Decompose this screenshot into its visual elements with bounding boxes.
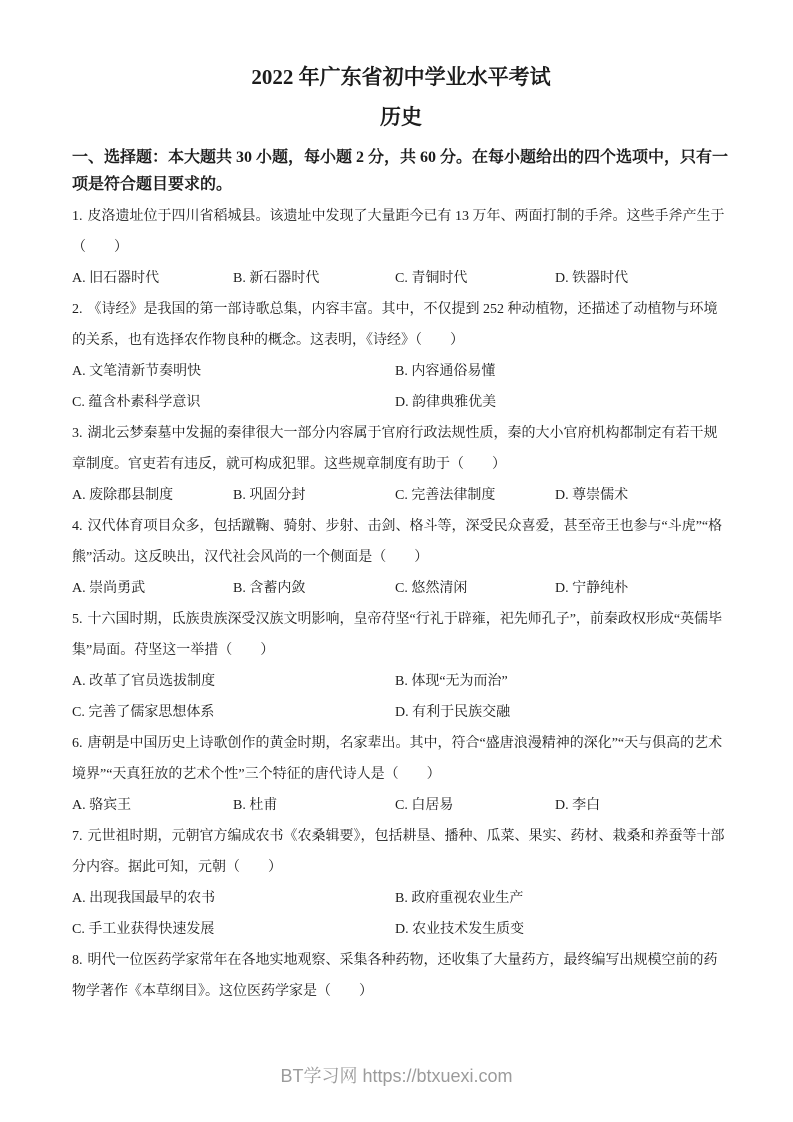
question-4-number: 4. [72,519,83,534]
question-2: 2.《诗经》是我国的第一部诗歌总集，内容丰富。其中，不仅提到 252 种动植物，… [72,294,730,418]
question-1-number: 1. [72,209,83,224]
page-title: 2022 年广东省初中学业水平考试 [72,64,730,91]
question-2-option-a: A. 文笔清新节奏明快 [72,356,395,387]
question-1-option-d: D. 铁器时代 [555,263,730,294]
question-1-option-a: A. 旧石器时代 [72,263,233,294]
question-3-option-b: B. 巩固分封 [233,480,395,511]
question-4: 4.汉代体育项目众多，包括蹴鞠、骑射、步射、击剑、格斗等，深受民众喜爱，甚至帝王… [72,511,730,604]
question-6-number: 6. [72,736,83,751]
question-4-option-b: B. 含蓄内敛 [233,573,395,604]
question-1: 1.皮洛遗址位于四川省稻城县。该遗址中发现了大量距今已有 13 万年、两面打制的… [72,201,730,294]
question-3-text: 湖北云梦秦墓中发掘的秦律很大一部分内容属于官府行政法规性质，秦的大小官府机构都制… [72,426,718,472]
question-5: 5.十六国时期，氐族贵族深受汉族文明影响，皇帝苻坚“行礼于辟雍，祀先师孔子”，前… [72,604,730,728]
question-3-option-a: A. 废除郡县制度 [72,480,233,511]
question-1-option-c: C. 青铜时代 [395,263,555,294]
question-8-number: 8. [72,953,83,968]
question-3-options: A. 废除郡县制度 B. 巩固分封 C. 完善法律制度 D. 尊崇儒术 [72,480,730,511]
subject-title: 历史 [72,104,730,131]
question-1-options: A. 旧石器时代 B. 新石器时代 C. 青铜时代 D. 铁器时代 [72,263,730,294]
question-1-option-b: B. 新石器时代 [233,263,395,294]
question-8-text: 明代一位医药学家常年在各地实地观察、采集各种药物，还收集了大量药方，最终编写出规… [72,953,718,999]
question-6-option-b: B. 杜甫 [233,790,395,821]
question-2-option-b: B. 内容通俗易懂 [395,356,730,387]
question-2-number: 2. [72,302,83,317]
question-1-text: 皮洛遗址位于四川省稻城县。该遗址中发现了大量距今已有 13 万年、两面打制的手斧… [72,209,725,255]
question-4-option-a: A. 崇尚勇武 [72,573,233,604]
question-3: 3.湖北云梦秦墓中发掘的秦律很大一部分内容属于官府行政法规性质，秦的大小官府机构… [72,418,730,511]
question-6-option-a: A. 骆宾王 [72,790,233,821]
question-6: 6.唐朝是中国历史上诗歌创作的黄金时期，名家辈出。其中，符合“盛唐浪漫精神的深化… [72,728,730,821]
question-6-option-c: C. 白居易 [395,790,555,821]
question-7: 7.元世祖时期，元朝官方编成农书《农桑辑要》，包括耕垦、播种、瓜菜、果实、药材、… [72,821,730,945]
question-1-stem: 1.皮洛遗址位于四川省稻城县。该遗址中发现了大量距今已有 13 万年、两面打制的… [72,201,730,263]
question-2-options: A. 文笔清新节奏明快 B. 内容通俗易懂 C. 蕴含朴素科学意识 D. 韵律典… [72,356,730,418]
question-2-option-c: C. 蕴含朴素科学意识 [72,387,395,418]
question-5-option-b: B. 体现“无为而治” [395,666,730,697]
question-5-options: A. 改革了官员选拔制度 B. 体现“无为而治” C. 完善了儒家思想体系 D.… [72,666,730,728]
question-3-option-d: D. 尊崇儒术 [555,480,730,511]
question-7-options: A. 出现我国最早的农书 B. 政府重视农业生产 C. 手工业获得快速发展 D.… [72,883,730,945]
question-5-option-c: C. 完善了儒家思想体系 [72,697,395,728]
question-4-text: 汉代体育项目众多，包括蹴鞠、骑射、步射、击剑、格斗等，深受民众喜爱，甚至帝王也参… [72,519,722,565]
question-8: 8.明代一位医药学家常年在各地实地观察、采集各种药物，还收集了大量药方，最终编写… [72,945,730,1007]
question-8-stem: 8.明代一位医药学家常年在各地实地观察、采集各种药物，还收集了大量药方，最终编写… [72,945,730,1007]
question-7-stem: 7.元世祖时期，元朝官方编成农书《农桑辑要》，包括耕垦、播种、瓜菜、果实、药材、… [72,821,730,883]
question-2-option-d: D. 韵律典雅优美 [395,387,730,418]
question-4-option-d: D. 宁静纯朴 [555,573,730,604]
question-5-option-d: D. 有利于民族交融 [395,697,730,728]
question-3-stem: 3.湖北云梦秦墓中发掘的秦律很大一部分内容属于官府行政法规性质，秦的大小官府机构… [72,418,730,480]
question-7-option-a: A. 出现我国最早的农书 [72,883,395,914]
question-7-text: 元世祖时期，元朝官方编成农书《农桑辑要》，包括耕垦、播种、瓜菜、果实、药材、栽桑… [72,829,725,875]
question-7-option-d: D. 农业技术发生质变 [395,914,730,945]
watermark-footer: BT学习网 https://btxuexi.com [0,1063,793,1089]
question-6-option-d: D. 李白 [555,790,730,821]
question-5-number: 5. [72,612,83,627]
question-4-stem: 4.汉代体育项目众多，包括蹴鞠、骑射、步射、击剑、格斗等，深受民众喜爱，甚至帝王… [72,511,730,573]
question-6-text: 唐朝是中国历史上诗歌创作的黄金时期，名家辈出。其中，符合“盛唐浪漫精神的深化”“… [72,736,722,782]
question-5-option-a: A. 改革了官员选拔制度 [72,666,395,697]
question-7-option-b: B. 政府重视农业生产 [395,883,730,914]
question-3-number: 3. [72,426,83,441]
exam-page: 2022 年广东省初中学业水平考试 历史 一、选择题：本大题共 30 小题，每小… [0,0,793,1007]
question-4-option-c: C. 悠然清闲 [395,573,555,604]
question-6-stem: 6.唐朝是中国历史上诗歌创作的黄金时期，名家辈出。其中，符合“盛唐浪漫精神的深化… [72,728,730,790]
question-3-option-c: C. 完善法律制度 [395,480,555,511]
question-7-option-c: C. 手工业获得快速发展 [72,914,395,945]
question-5-text: 十六国时期，氐族贵族深受汉族文明影响，皇帝苻坚“行礼于辟雍，祀先师孔子”，前秦政… [72,612,722,658]
question-2-stem: 2.《诗经》是我国的第一部诗歌总集，内容丰富。其中，不仅提到 252 种动植物，… [72,294,730,356]
question-6-options: A. 骆宾王 B. 杜甫 C. 白居易 D. 李白 [72,790,730,821]
question-2-text: 《诗经》是我国的第一部诗歌总集，内容丰富。其中，不仅提到 252 种动植物，还描… [72,302,718,348]
question-7-number: 7. [72,829,83,844]
question-5-stem: 5.十六国时期，氐族贵族深受汉族文明影响，皇帝苻坚“行礼于辟雍，祀先师孔子”，前… [72,604,730,666]
question-list: 1.皮洛遗址位于四川省稻城县。该遗址中发现了大量距今已有 13 万年、两面打制的… [72,201,730,1007]
section-intro: 一、选择题：本大题共 30 小题，每小题 2 分，共 60 分。在每小题给出的四… [72,144,730,198]
question-4-options: A. 崇尚勇武 B. 含蓄内敛 C. 悠然清闲 D. 宁静纯朴 [72,573,730,604]
